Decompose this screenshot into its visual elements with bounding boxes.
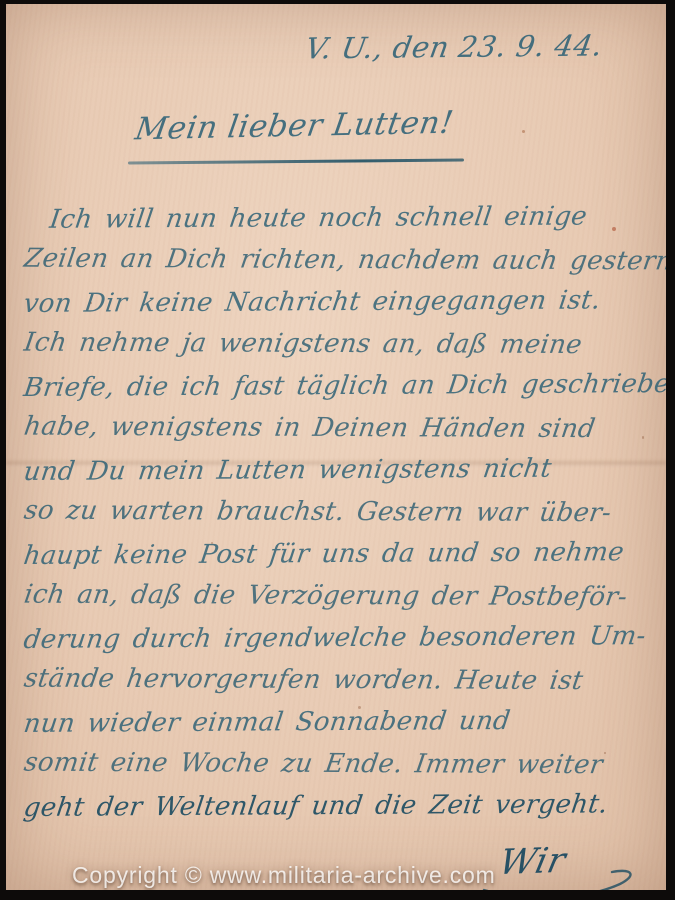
body-line: geht der Weltenlauf und die Zeit vergeht… [21,784,666,830]
body-line: von Dir keine Nachricht eingegangen ist. [21,280,666,326]
body-line: und Du mein Lutten wenigstens nicht [21,448,666,494]
body-line: stände hervorgerufen worden. Heute ist [21,659,666,704]
body-line: Briefe, die ich fast täglich an Dich ges… [21,364,666,410]
letter-body: Ich will nun heute noch schnell einige Z… [24,198,664,828]
photo-frame: V. U., den 23. 9. 44. Mein lieber Lutten… [0,0,675,900]
body-line: Zeilen an Dich richten, nachdem auch ges… [21,239,666,284]
date-line: V. U., den 23. 9. 44. [303,28,605,65]
paper-speck [522,130,525,133]
signature-flourish [480,860,650,890]
body-line: derung durch irgendwelche besonderen Um- [21,616,666,662]
body-line: nun wieder einmal Sonnabend und [21,700,666,746]
body-line: somit eine Woche zu Ende. Immer weiter [21,743,666,788]
body-line: Ich nehme ja wenigstens an, daß meine [21,323,666,368]
body-line: ich an, daß die Verzögerung der Postbefö… [21,575,666,620]
body-line: haupt keine Post für uns da und so nehme [21,532,666,578]
body-line: Ich will nun heute noch schnell einige [21,196,666,242]
letter-paper: V. U., den 23. 9. 44. Mein lieber Lutten… [6,4,666,890]
body-line: habe, wenigstens in Deinen Händen sind [21,407,666,452]
salutation: Mein lieber Lutten! [133,105,456,148]
body-line: so zu warten brauchst. Gestern war über- [21,491,666,536]
salutation-underline [128,159,464,165]
watermark: Copyright © www.militaria-archive.com [72,862,496,889]
